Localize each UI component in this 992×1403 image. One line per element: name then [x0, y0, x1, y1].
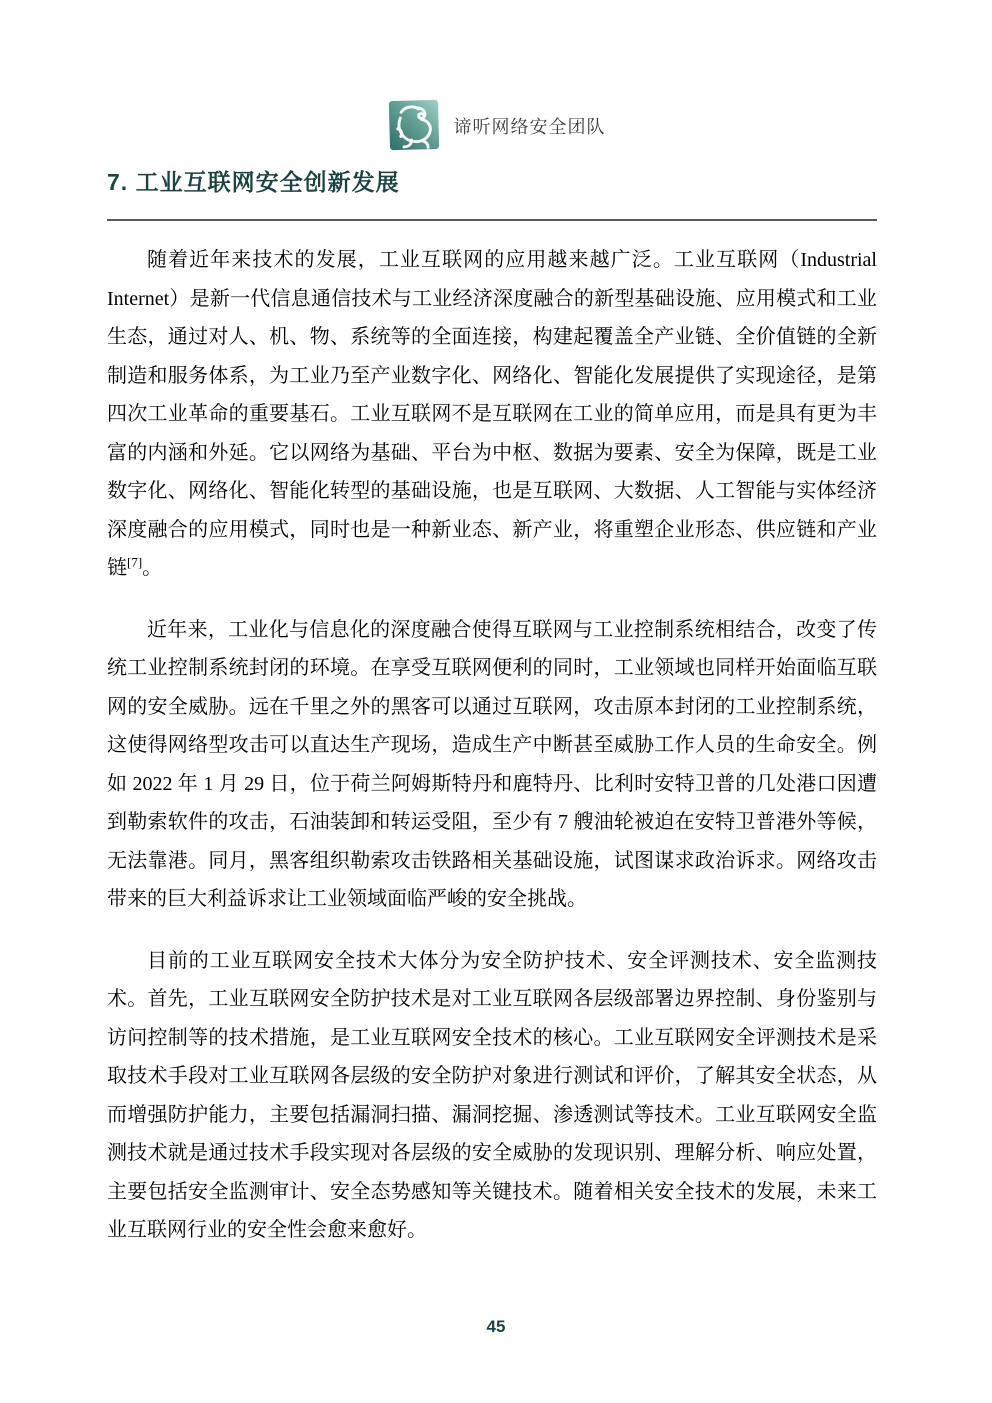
document-page: 谛听网络安全团队 7. 工业互联网安全创新发展 随着近年来技术的发展，工业互联网… — [0, 0, 992, 1403]
paragraph-1: 随着近年来技术的发展，工业互联网的应用越来越广泛。工业互联网（Industria… — [107, 241, 877, 588]
paragraph-1-text: 随着近年来技术的发展，工业互联网的应用越来越广泛。工业互联网（Industria… — [107, 249, 877, 579]
paragraph-1-tail: 。 — [142, 557, 162, 579]
title-divider — [107, 219, 877, 221]
section-title: 7. 工业互联网安全创新发展 — [107, 168, 877, 196]
paragraph-2: 近年来，工业化与信息化的深度融合使得互联网与工业控制系统相结合，改变了传统工业控… — [107, 611, 877, 919]
diting-seal-logo-icon — [387, 96, 441, 153]
document-body: 7. 工业互联网安全创新发展 随着近年来技术的发展，工业互联网的应用越来越广泛。… — [107, 168, 877, 1273]
page-number: 45 — [487, 1317, 506, 1336]
team-name-text: 谛听网络安全团队 — [454, 114, 606, 136]
footnote-ref-7: [7] — [127, 554, 142, 569]
document-header: 谛听网络安全团队 — [0, 96, 992, 153]
document-footer: 45 — [0, 1317, 992, 1337]
paragraph-3: 目前的工业互联网安全技术大体分为安全防护技术、安全评测技术、安全监测技术。首先，… — [107, 942, 877, 1250]
